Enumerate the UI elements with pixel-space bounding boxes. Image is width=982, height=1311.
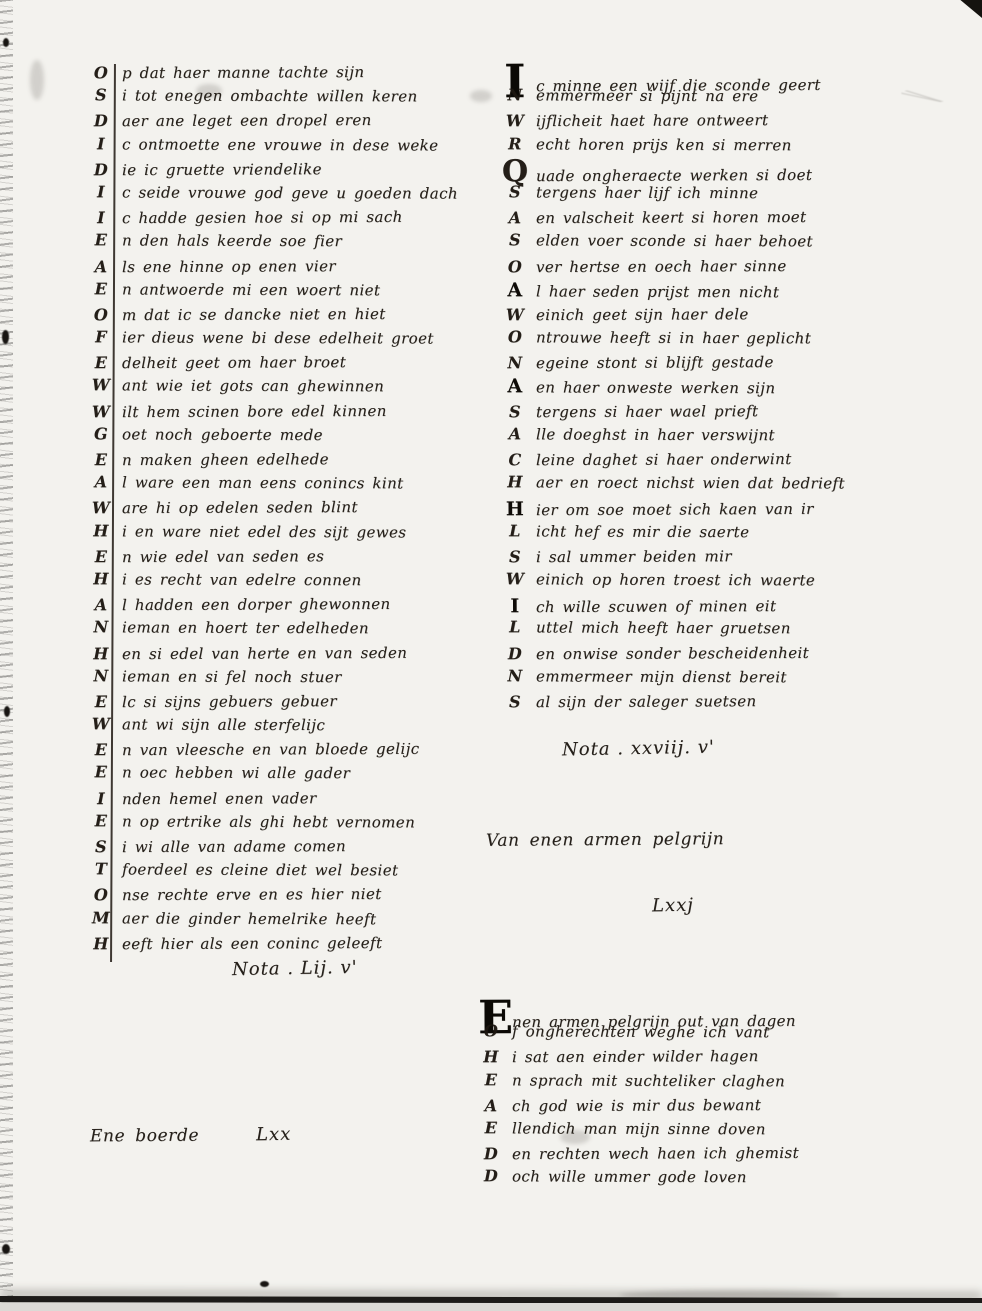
verse-line: Heeft hier als een coninc geleeft xyxy=(88,932,508,958)
catchword-next-text: Ene boerde xyxy=(90,1126,199,1147)
verse-text: echt horen prijs ken si merren xyxy=(528,135,792,154)
verse-initial: E xyxy=(88,450,114,469)
verse-text: ijflicheit haet hare ontweert xyxy=(528,111,769,130)
verse-initial: A xyxy=(502,376,528,398)
verse-line: Ic hadde gesien hoe si op mi sach xyxy=(88,207,508,233)
verse-text: n antwoerde mi een woert niet xyxy=(114,280,380,299)
verse-initial: S xyxy=(502,692,528,711)
verse-initial: S xyxy=(88,837,114,856)
verse-initial: Q xyxy=(502,160,528,184)
right-colophon-nota: Nota . xxviij. v' xyxy=(562,737,715,761)
verse-initial: W xyxy=(88,402,114,421)
verse-initial: D xyxy=(88,111,114,130)
verse-line: Ach god wie is mir dus bewant xyxy=(478,1094,918,1120)
verse-line: En den hals keerde soe fier xyxy=(88,231,508,257)
pilgrim-poem-column: Enen armen pelgrijn out van dagenOf ongh… xyxy=(478,998,918,1192)
verse-initial: A xyxy=(502,208,528,227)
verse-text: i es recht van edelre connen xyxy=(114,570,362,589)
ink-speck xyxy=(2,1244,10,1254)
verse-initial: O xyxy=(88,885,114,904)
verse-line: Cleine daghet si haer onderwint xyxy=(502,448,932,474)
verse-initial: A xyxy=(478,1096,504,1115)
verse-line: Ic ontmoette ene vrouwe in dese weke xyxy=(88,134,508,160)
verse-initial: R xyxy=(502,134,528,153)
verse-text: ieman en si fel noch stuer xyxy=(114,667,342,686)
left-colophon-nota: Nota . Lij. v' xyxy=(232,957,358,980)
verse-initial: A xyxy=(88,472,114,491)
verse-initial: H xyxy=(88,521,114,540)
verse-text: p dat haer manne tachte sijn xyxy=(114,63,365,82)
verse-line: Al ware een man eens conincs kint xyxy=(88,472,508,498)
verse-text: ie ic gruette vriendelike xyxy=(114,160,322,179)
verse-line: Ich wille scuwen of minen eit xyxy=(502,593,932,619)
verse-line: Daer ane leget een dropel eren xyxy=(88,110,508,136)
verse-text: n oec hebben wi alle gader xyxy=(114,764,350,783)
verse-line: Hi sat aen einder wilder hagen xyxy=(478,1046,918,1072)
paper-smudge xyxy=(620,1290,840,1300)
verse-text: tergens haer lijf ich minne xyxy=(528,183,758,202)
verse-text: i sat aen einder wilder hagen xyxy=(504,1047,759,1066)
verse-initial: S xyxy=(502,402,528,421)
verse-text: i sal ummer beiden mir xyxy=(528,547,732,566)
verse-text: lle doeghst in haer verswijnt xyxy=(528,425,775,444)
verse-line: Fier dieus wene bi dese edelheit groet xyxy=(88,327,508,353)
verse-text: n sprach mit suchteliker claghen xyxy=(504,1071,785,1090)
verse-text: n van vleesche en van bloede gelijc xyxy=(114,740,420,759)
verse-line: Hen si edel van herte en van seden xyxy=(88,642,508,668)
verse-initial: W xyxy=(502,569,528,588)
verse-line: Doch wille ummer gode loven xyxy=(478,1167,918,1193)
verse-text: ver hertse en oech haer sinne xyxy=(528,256,787,275)
verse-line: En sprach mit suchteliker claghen xyxy=(478,1070,918,1096)
verse-initial: W xyxy=(88,376,114,395)
verse-line: Stergens haer lijf ich minne xyxy=(502,182,932,208)
verse-initial: E xyxy=(88,811,114,830)
verse-initial: N xyxy=(88,618,114,637)
verse-text: einich op horen troest ich waerte xyxy=(528,570,815,589)
verse-line: Sal sijn der saleger suetsen xyxy=(502,690,932,716)
verse-initial: A xyxy=(502,424,528,443)
verse-line: Licht hef es mir die saerte xyxy=(502,521,932,547)
verse-line: Den onwise sonder bescheidenheit xyxy=(502,642,932,668)
verse-text: en valscheit keert si horen moet xyxy=(528,208,807,227)
verse-text: en haer onweste werken sijn xyxy=(528,379,775,398)
ink-speck xyxy=(4,706,10,717)
verse-initial: D xyxy=(478,1167,504,1186)
verse-line: Enen armen pelgrijn out van dagen xyxy=(478,997,918,1023)
verse-initial: C xyxy=(502,450,528,469)
verse-line: Alle doeghst in haer verswijnt xyxy=(502,424,932,450)
verse-text: nden hemel enen vader xyxy=(114,789,317,808)
verse-initial: N xyxy=(502,666,528,685)
verse-initial: E xyxy=(88,763,114,782)
verse-text: n wie edel van seden es xyxy=(114,547,324,566)
verse-initial: S xyxy=(502,231,528,250)
verse-initial: W xyxy=(88,498,114,517)
verse-line: Wilt hem scinen bore edel kinnen xyxy=(88,400,508,426)
verse-initial: W xyxy=(88,714,114,733)
verse-initial: A xyxy=(88,595,114,614)
verse-text: l hadden een dorper ghewonnen xyxy=(114,595,391,614)
verse-line: Die ic gruette vriendelike xyxy=(88,158,508,184)
verse-line: Aen haer onweste werken sijn xyxy=(502,376,932,402)
verse-initial: H xyxy=(478,1048,504,1067)
verse-initial: H xyxy=(88,569,114,588)
verse-initial: L xyxy=(502,521,528,540)
verse-line: Nemmermeer mijn dienst bereit xyxy=(502,666,932,692)
verse-initial: O xyxy=(502,257,528,276)
verse-line: Ic minne een wijf die sconde geert xyxy=(502,61,932,87)
verse-initial: D xyxy=(478,1144,504,1163)
verse-line: Negeine stont si blijft gestade xyxy=(502,352,932,378)
verse-initial: G xyxy=(88,424,114,443)
verse-text: c hadde gesien hoe si op mi sach xyxy=(114,208,403,227)
verse-initial: H xyxy=(88,644,114,663)
verse-initial: E xyxy=(478,1070,504,1089)
verse-line: Ontrouwe heeft si in haer geplicht xyxy=(502,327,932,353)
verse-line: Si tot enegen ombachte willen keren xyxy=(88,85,508,111)
verse-line: Nieman en hoert ter edelheden xyxy=(88,618,508,644)
verse-line: Of ongherechten weghe ich vant xyxy=(478,1021,918,1047)
verse-text: n op ertrike als ghi hebt vernomen xyxy=(114,812,415,831)
verse-text: m dat ic se dancke niet en hiet xyxy=(114,305,386,324)
verse-text: elden voer sconde si haer behoet xyxy=(528,232,813,251)
verse-text: c ontmoette ene vrouwe in dese weke xyxy=(114,135,439,154)
verse-line: Ic seide vrouwe god geve u goeden dach xyxy=(88,182,508,208)
verse-text: leine daghet si haer onderwint xyxy=(528,450,792,469)
verse-line: Selden voer sconde si haer behoet xyxy=(502,231,932,257)
verse-line: Al hadden een dorper ghewonnen xyxy=(88,594,508,620)
verse-line: Hi es recht van edelre connen xyxy=(88,569,508,595)
verse-initial: I xyxy=(88,134,114,153)
verse-initial: A xyxy=(88,257,114,276)
verse-initial: W xyxy=(502,111,528,130)
verse-initial: O xyxy=(478,1021,504,1040)
verse-line: Want wie iet gots can ghewinnen xyxy=(88,376,508,402)
verse-text: ant wie iet gots can ghewinnen xyxy=(114,377,384,396)
verse-line: Goet noch geboerte mede xyxy=(88,424,508,450)
verse-line: En oec hebben wi alle gader xyxy=(88,763,508,789)
verse-text: en rechten wech haen ich ghemist xyxy=(504,1144,799,1163)
verse-initial: A xyxy=(502,279,528,301)
verse-initial: E xyxy=(88,279,114,298)
verse-initial: E xyxy=(88,353,114,372)
verse-line: Op dat haer manne tachte sijn xyxy=(88,61,508,87)
verse-initial: T xyxy=(88,859,114,878)
verse-initial: M xyxy=(88,908,114,927)
verse-text: ntrouwe heeft si in haer geplicht xyxy=(528,328,811,347)
verse-line: Weinich op horen troest ich waerte xyxy=(502,569,932,595)
verse-initial: E xyxy=(478,1118,504,1137)
verse-text: ieman en hoert ter edelheden xyxy=(114,619,369,638)
verse-initial: H xyxy=(88,934,114,953)
verse-initial: E xyxy=(88,692,114,711)
verse-initial: H xyxy=(502,498,528,520)
verse-initial: N xyxy=(502,353,528,372)
verse-text: aer en roect nichst wien dat bedrieft xyxy=(528,474,845,493)
verse-text: l ware een man eens conincs kint xyxy=(114,474,404,493)
verse-text: eeft hier als een coninc geleeft xyxy=(114,934,382,953)
verse-initial: E xyxy=(88,740,114,759)
verse-text: ier dieus wene bi dese edelheit groet xyxy=(114,328,434,347)
verse-line: Elc si sijns gebuers gebuer xyxy=(88,690,508,716)
verse-line: Nieman en si fel noch stuer xyxy=(88,666,508,692)
verse-line: Ellendich man mijn sinne doven xyxy=(478,1118,918,1144)
verse-text: en onwise sonder bescheidenheit xyxy=(528,643,809,662)
verse-text: f ongherechten weghe ich vant xyxy=(504,1023,770,1042)
verse-text: aer die ginder hemelrike heeft xyxy=(114,909,376,928)
photo-top-right-corner-mark xyxy=(958,0,982,18)
verse-text: i tot enegen ombachte willen keren xyxy=(114,87,418,106)
verse-text: uttel mich heeft haer gruetsen xyxy=(528,619,791,638)
verse-text: aer ane leget een dropel eren xyxy=(114,111,372,130)
verse-initial: I xyxy=(88,208,114,227)
verse-initial: I xyxy=(88,789,114,808)
verse-text: i wi alle van adame comen xyxy=(114,837,346,856)
verse-text: l haer seden prijst men nicht xyxy=(528,282,779,301)
verse-line: Weinich geet sijn haer dele xyxy=(502,303,932,329)
ink-speck xyxy=(3,38,9,47)
verse-text: ier om soe moet sich kaen van ir xyxy=(528,500,814,519)
verse-line: Wijflicheit haet hare ontweert xyxy=(502,110,932,136)
verse-line: En antwoerde mi een woert niet xyxy=(88,279,508,305)
verse-initial: L xyxy=(502,618,528,637)
verse-text: n maken gheen edelhede xyxy=(114,450,329,469)
verse-text: einich geet sijn haer dele xyxy=(528,305,749,324)
verse-line: Om dat ic se dancke niet en hiet xyxy=(88,303,508,329)
verse-line: Ware hi op edelen seden blint xyxy=(88,497,508,523)
verse-initial: S xyxy=(502,547,528,566)
verse-line: Onse rechte erve en es hier niet xyxy=(88,884,508,910)
verse-initial: H xyxy=(502,472,528,491)
verse-line: Want wi sijn alle sterfelijc xyxy=(88,714,508,740)
verse-text: nse rechte erve en es hier niet xyxy=(114,885,382,904)
verse-line: Luttel mich heeft haer gruetsen xyxy=(502,618,932,644)
verse-text: ilt hem scinen bore edel kinnen xyxy=(114,402,387,421)
verse-text: llendich man mijn sinne doven xyxy=(504,1119,766,1138)
verse-line: En wie edel van seden es xyxy=(88,545,508,571)
verse-line: Inden hemel enen vader xyxy=(88,787,508,813)
verse-text: ant wi sijn alle sterfelijc xyxy=(114,715,325,734)
verse-line: Hier om soe moet sich kaen van ir xyxy=(502,497,932,523)
verse-line: Quade ongheraecte werken si doet xyxy=(502,158,932,184)
verse-initial: I xyxy=(502,595,528,617)
verse-line: Recht horen prijs ken si merren xyxy=(502,134,932,160)
photo-bottom-margin xyxy=(0,1303,982,1311)
verse-text: en si edel van herte en van seden xyxy=(114,643,407,662)
manuscript-page-photo: Op dat haer manne tachte sijnSi tot eneg… xyxy=(0,0,982,1311)
verse-line: Edelheit geet om haer broet xyxy=(88,352,508,378)
verse-initial: D xyxy=(502,644,528,663)
pilgrim-poem-number: Lxxj xyxy=(652,895,694,917)
right-text-column-love-poem: Ic minne een wijf die sconde geertNemmer… xyxy=(502,62,932,715)
pilgrim-poem-title: Van enen armen pelgrijn xyxy=(486,829,724,851)
verse-line: Nemmermeer si pijnt na ere xyxy=(502,85,932,111)
verse-line: En op ertrike als ghi hebt vernomen xyxy=(88,811,508,837)
verse-text: oet noch geboerte mede xyxy=(114,425,323,444)
verse-initial: N xyxy=(88,666,114,685)
verse-initial: O xyxy=(88,305,114,324)
verse-line: Maer die ginder hemelrike heeft xyxy=(88,908,508,934)
verse-initial: S xyxy=(88,85,114,104)
verse-line: Over hertse en oech haer sinne xyxy=(502,255,932,281)
verse-text: egeine stont si blijft gestade xyxy=(528,353,774,372)
catchword-number: Lxx xyxy=(256,1124,292,1146)
verse-line: Al haer seden prijst men nicht xyxy=(502,279,932,305)
verse-line: Tfoerdeel es cleine diet wel besiet xyxy=(88,859,508,885)
verse-line: En maken gheen edelhede xyxy=(88,448,508,474)
verse-text: ls ene hinne op enen vier xyxy=(114,257,336,276)
verse-text: are hi op edelen seden blint xyxy=(114,498,358,517)
verse-text: tergens si haer wael prieft xyxy=(528,402,758,421)
verse-text: al sijn der saleger suetsen xyxy=(528,692,757,711)
verse-initial: W xyxy=(502,305,528,324)
verse-text: emmermeer mijn dienst bereit xyxy=(528,667,787,686)
verse-initial: O xyxy=(88,63,114,82)
photo-left-edge-speckle xyxy=(0,0,13,1311)
verse-line: Si wi alle van adame comen xyxy=(88,835,508,861)
verse-initial: F xyxy=(88,327,114,346)
paper-smudge xyxy=(30,60,44,100)
verse-initial: D xyxy=(88,160,114,179)
verse-text: n den hals keerde soe fier xyxy=(114,232,342,251)
verse-text: foerdeel es cleine diet wel besiet xyxy=(114,861,398,880)
ink-speck xyxy=(2,330,9,344)
verse-initial: O xyxy=(502,327,528,346)
verse-initial: N xyxy=(502,85,528,104)
verse-text: emmermeer si pijnt na ere xyxy=(528,87,758,106)
verse-line: Si sal ummer beiden mir xyxy=(502,545,932,571)
verse-text: lc si sijns gebuers gebuer xyxy=(114,692,337,711)
verse-line: Stergens si haer wael prieft xyxy=(502,400,932,426)
ink-speck xyxy=(260,1281,269,1287)
verse-text: ch wille scuwen of minen eit xyxy=(528,597,776,616)
verse-text: och wille ummer gode loven xyxy=(504,1168,747,1187)
verse-text: ch god wie is mir dus bewant xyxy=(504,1096,761,1115)
left-text-column: Op dat haer manne tachte sijnSi tot eneg… xyxy=(88,62,508,957)
verse-initial: I xyxy=(88,182,114,201)
verse-text: icht hef es mir die saerte xyxy=(528,522,749,541)
verse-line: Den rechten wech haen ich ghemist xyxy=(478,1142,918,1168)
verse-line: Aen valscheit keert si horen moet xyxy=(502,206,932,232)
verse-initial: S xyxy=(502,182,528,201)
verse-line: Als ene hinne op enen vier xyxy=(88,255,508,281)
verse-line: En van vleesche en van bloede gelijc xyxy=(88,739,508,765)
verse-line: Haer en roect nichst wien dat bedrieft xyxy=(502,472,932,498)
verse-initial: E xyxy=(88,231,114,250)
verse-text: i en ware niet edel des sijt gewes xyxy=(114,522,406,541)
verse-text: c seide vrouwe god geve u goeden dach xyxy=(114,183,458,202)
verse-text: delheit geet om haer broet xyxy=(114,353,346,372)
verse-line: Hi en ware niet edel des sijt gewes xyxy=(88,521,508,547)
verse-initial: E xyxy=(88,547,114,566)
